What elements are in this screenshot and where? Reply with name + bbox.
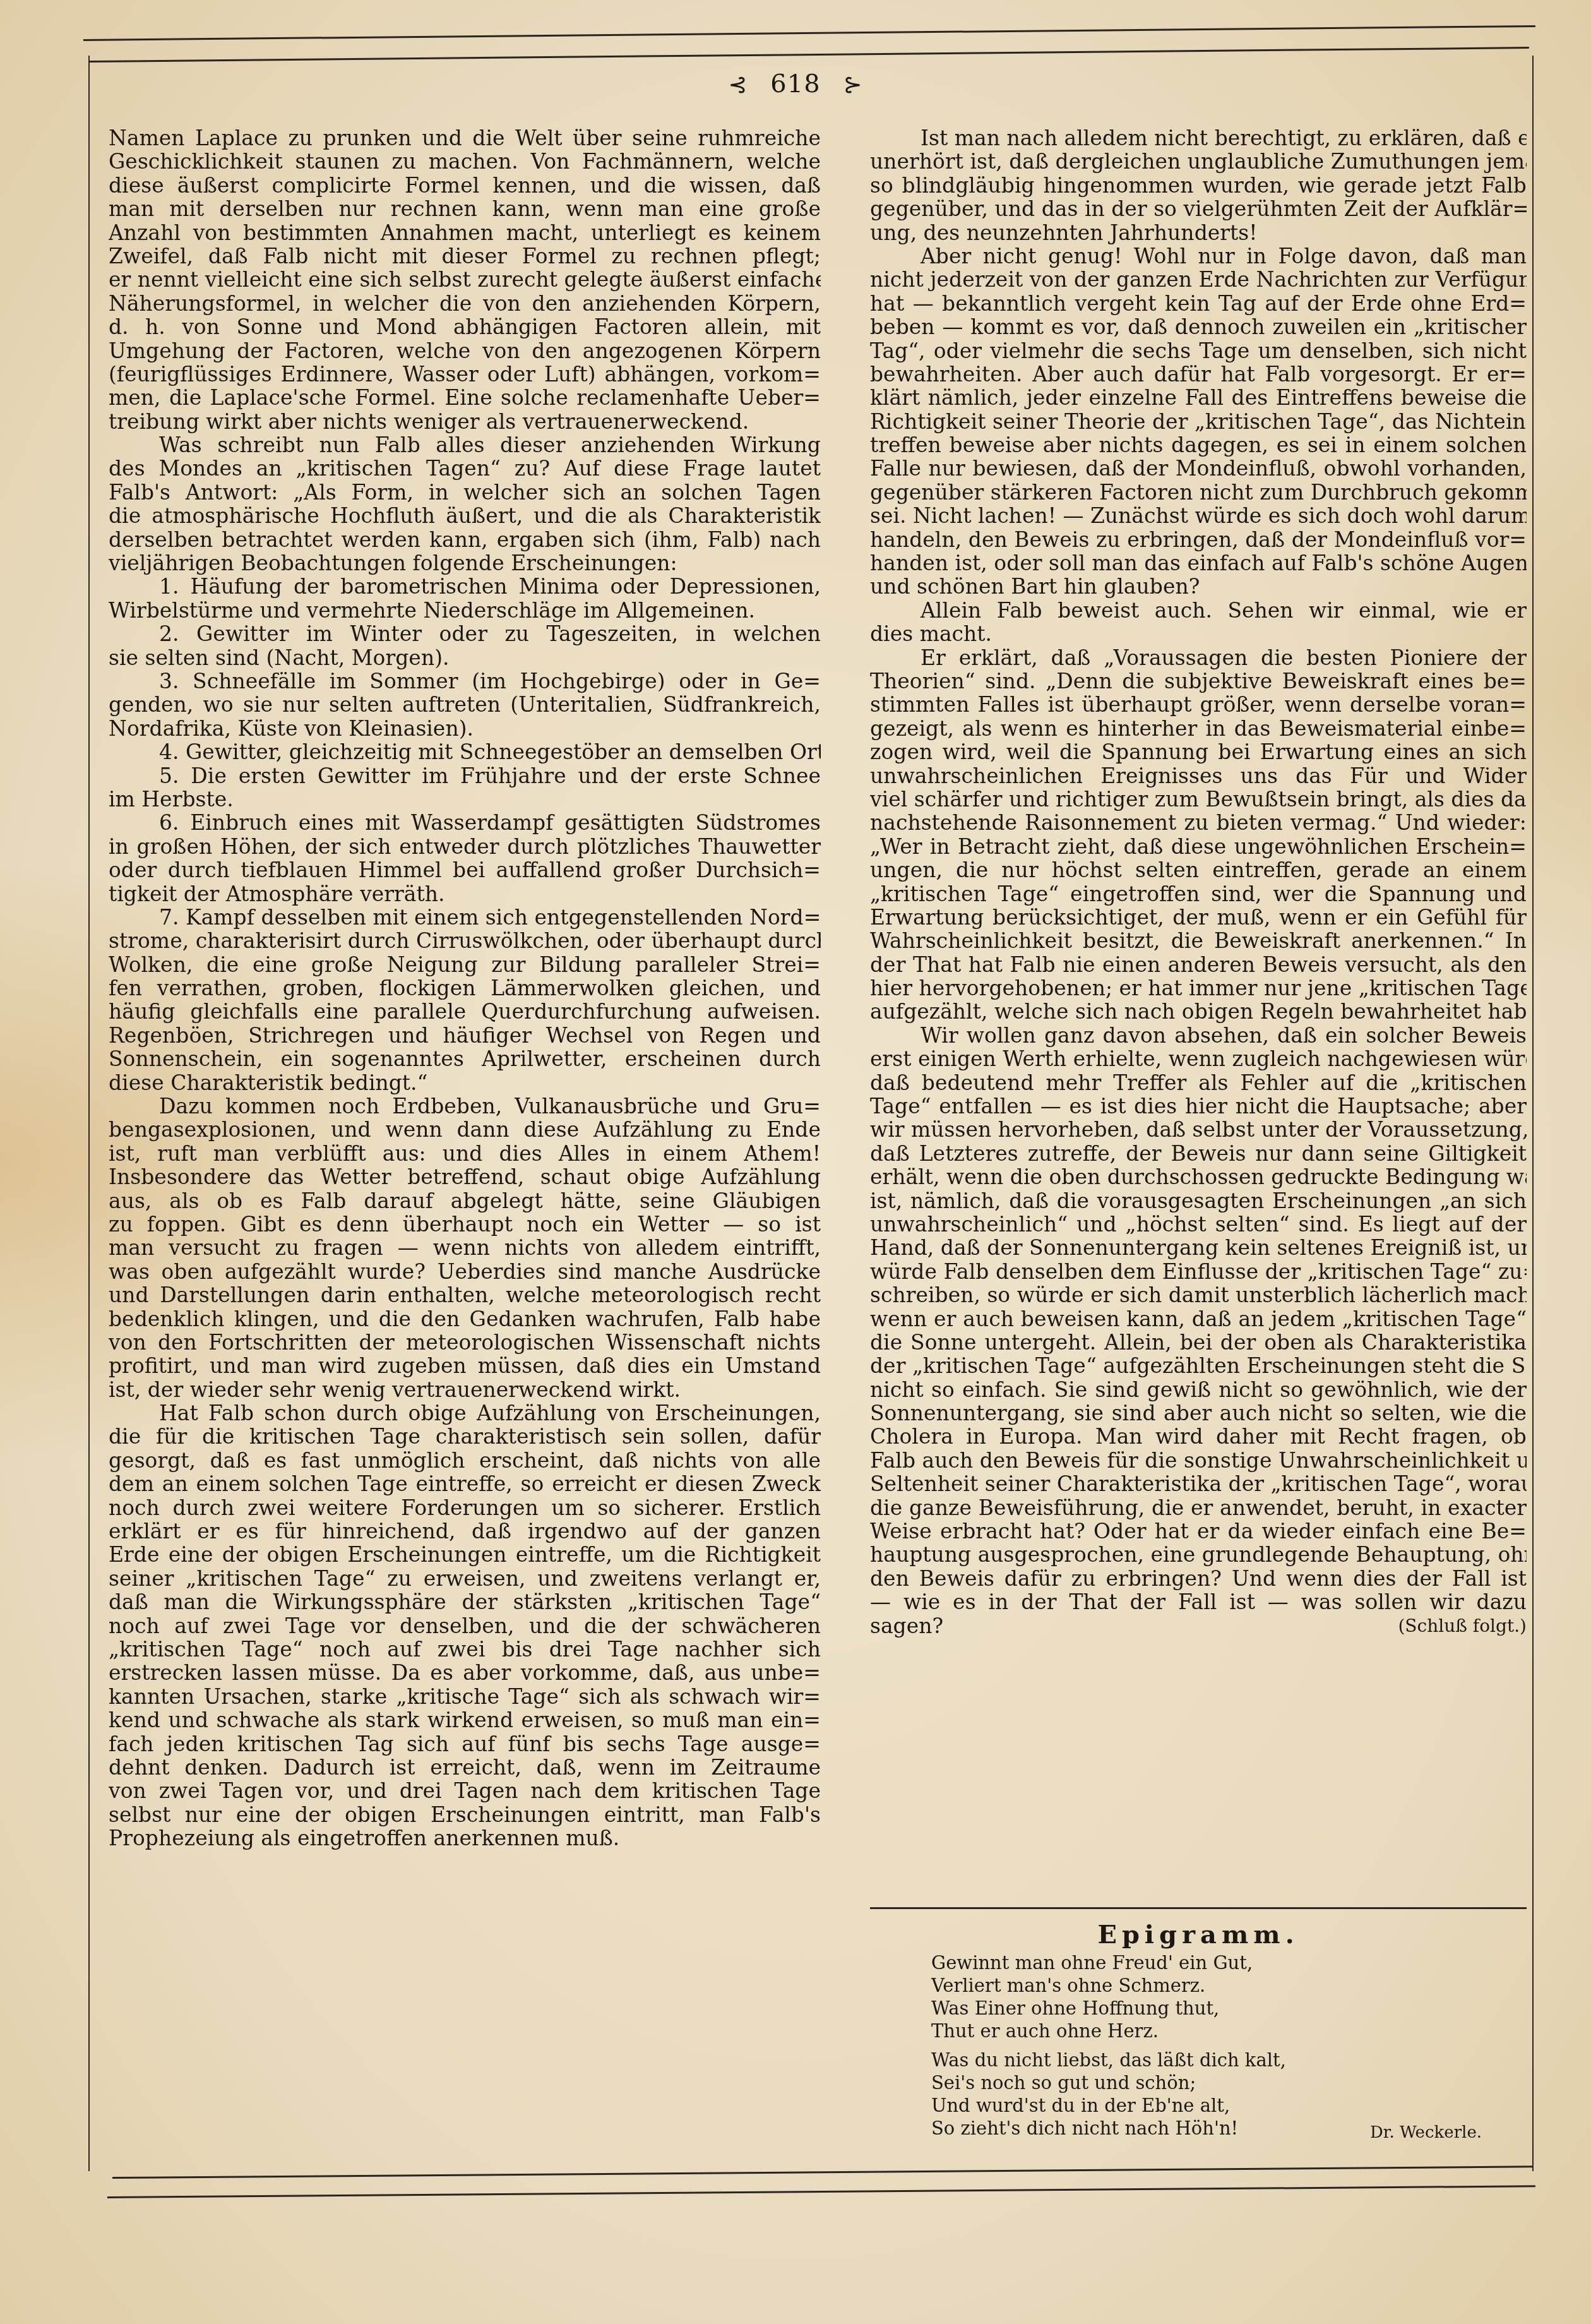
text-line: Wahrscheinlichkeit besitzt, die Beweiskr… [870,929,1527,952]
text-line: Erwartung berücksichtiget, der muß, wenn… [870,906,1527,929]
verse-line: Was Einer ohne Hoffnung thut, [931,1997,1286,2020]
text-line: erklärt er es für hinreichend, daß irgen… [109,1519,821,1543]
text-line: seiner „kritischen Tage“ zu erweisen, un… [109,1567,821,1590]
text-line: selbst nur eine der obigen Erscheinungen… [109,1803,821,1826]
text-line: gegenüber stärkeren Factoren nicht zum D… [870,481,1527,504]
ornament-right-icon: ⊱ [843,72,862,98]
text-line: nachstehende Raisonnement zu bieten verm… [870,811,1527,834]
text-line: dem an einem solchen Tage eintreffe, so … [109,1472,821,1495]
text-line: sei. Nicht lachen! — Zunächst würde es s… [870,504,1527,527]
text-line: bengasexplosionen, und wenn dann diese A… [109,1118,821,1141]
verse-line: Thut er auch ohne Herz. [931,2020,1286,2042]
text-line: kend und schwache als stark wirkend erwe… [109,1708,821,1732]
text-line: den Beweis dafür zu erbringen? Und wenn … [870,1567,1527,1590]
text-line: ung, des neunzehnten Jahrhunderts! [870,221,1527,244]
text-line: unwahrscheinlich“ und „höchst selten“ si… [870,1213,1527,1236]
text-line: Er erklärt, daß „Voraussagen die besten … [870,646,1527,669]
text-line: zogen wird, weil die Spannung bei Erwart… [870,740,1527,764]
verse-line: Und wurd'st du in der Eb'ne alt, [931,2094,1286,2117]
text-line: Tage“ entfallen — es ist dies hier nicht… [870,1094,1527,1118]
text-line: d. h. von Sonne und Mond abhängigen Fact… [109,315,821,338]
text-line: 6. Einbruch eines mit Wasserdampf gesätt… [109,811,821,834]
text-line: Ist man nach alledem nicht berechtigt, z… [870,126,1527,150]
text-line: die für die kritischen Tage charakterist… [109,1425,821,1448]
text-line: Zweifel, daß Falb nicht mit dieser Forme… [109,244,821,268]
text-line: nicht jederzeit von der ganzen Erde Nach… [870,268,1527,291]
text-line: Cholera in Europa. Man wird daher mit Re… [870,1425,1527,1448]
text-line: Theorien“ sind. „Denn die subjektive Bew… [870,669,1527,693]
text-line: treffen beweise aber nichts dagegen, es … [870,433,1527,457]
text-line: handen ist, oder soll man das einfach au… [870,551,1527,575]
text-line: Erde eine der obigen Erscheinungen eintr… [109,1543,821,1566]
text-line: noch auf zwei Tage vor denselben, und di… [109,1614,821,1638]
text-line: Wirbelstürme und vermehrte Niederschläge… [109,599,821,622]
text-line: unerhört ist, daß dergleichen unglaublic… [870,150,1527,173]
text-line: Was schreibt nun Falb alles dieser anzie… [109,433,821,457]
text-line: die Sonne untergeht. Allein, bei der obe… [870,1331,1527,1354]
text-line: des Mondes an „kritischen Tagen“ zu? Auf… [109,457,821,480]
text-line: daß Letzteres zutreffe, der Beweis nur d… [870,1142,1527,1165]
text-line: so blindgläubig hingenommen wurden, wie … [870,174,1527,197]
text-line: 7. Kampf desselben mit einem sich entgeg… [109,906,821,929]
text-line: in großen Höhen, der sich entweder durch… [109,835,821,858]
text-line: ist, nämlich, daß die vorausgesagten Ers… [870,1189,1527,1213]
text-line: zu foppen. Gibt es denn überhaupt noch e… [109,1213,821,1236]
text-line: ungen, die nur höchst selten eintreffen,… [870,858,1527,882]
text-line: bedenklich klingen, und die den Gedanken… [109,1307,821,1331]
verse-line: Sei's noch so gut und schön; [931,2071,1286,2094]
text-line: Regenböen, Strichregen und häufiger Wech… [109,1024,821,1047]
text-line: derselben betrachtet werden kann, ergabe… [109,528,821,551]
text-line: die atmosphärische Hochfluth äußert, und… [109,504,821,527]
text-line: „kritischen Tage“ noch auf zwei bis drei… [109,1638,821,1661]
text-line: Seltenheit seiner Charakteristika der „k… [870,1472,1527,1495]
text-line: profitirt, und man wird zugeben müssen, … [109,1354,821,1377]
epigram-title: Epigramm. [870,1920,1527,1950]
text-line: Tag“, oder vielmehr die sechs Tage um de… [870,339,1527,362]
text-line: men, die Laplace'sche Formel. Eine solch… [109,386,821,409]
text-line: Insbesondere das Wetter betreffend, scha… [109,1165,821,1189]
left-column-text: Namen Laplace zu prunken und die Welt üb… [109,126,821,1850]
text-line: dies macht. [870,622,1527,645]
text-line: und Darstellungen darin enthalten, welch… [109,1283,821,1307]
text-line: hier hervorgehobenen; er hat immer nur j… [870,976,1527,1000]
text-line: tigkeit der Atmosphäre verräth. [109,882,821,906]
text-line: würde Falb denselben dem Einflusse der „… [870,1260,1527,1283]
text-line: Umgehung der Factoren, welche von den an… [109,339,821,362]
text-line: was oben aufgezählt wurde? Ueberdies sin… [109,1260,821,1283]
text-line: noch durch zwei weitere Forderungen um s… [109,1496,821,1519]
text-line: Allein Falb beweist auch. Sehen wir einm… [870,599,1527,622]
text-line: fach jeden kritischen Tag sich auf fünf … [109,1732,821,1756]
text-line: und schönen Bart hin glauben? [870,575,1527,598]
text-line: oder durch tiefblauen Himmel bei auffall… [109,858,821,882]
verse-line: So zieht's dich nicht nach Höh'n! [931,2117,1286,2140]
text-line: „Wer in Betracht zieht, daß diese ungewö… [870,835,1527,858]
text-line: ist, ruft man verblüfft aus: und dies Al… [109,1142,821,1165]
text-line: daß man die Wirkungssphäre der stärksten… [109,1590,821,1614]
text-line: genden, wo sie nur selten auftreten (Unt… [109,693,821,716]
text-line: Geschicklichkeit staunen zu machen. Von … [109,150,821,173]
text-line: der „kritischen Tage“ aufgezählten Ersch… [870,1354,1527,1377]
text-line: sie selten sind (Nacht, Morgen). [109,646,821,669]
text-line: viel schärfer und richtiger zum Bewußtse… [870,788,1527,811]
text-line: diese Charakteristik bedingt.“ [109,1071,821,1094]
text-line: die ganze Beweisführung, die er anwendet… [870,1496,1527,1519]
verse-line: Verliert man's ohne Schmerz. [931,1974,1286,1997]
text-line: (feurigflüssiges Erdinnere, Wasser oder … [109,362,821,386]
text-line: diese äußerst complicirte Formel kennen,… [109,174,821,197]
text-line: Wir wollen ganz davon absehen, daß ein s… [870,1024,1527,1047]
text-line: häufig gleichfalls eine parallele Querdu… [109,1000,821,1023]
text-line: erst einigen Werth erhielte, wenn zuglei… [870,1047,1527,1070]
text-line: Hand, daß der Sonnenuntergang kein selte… [870,1236,1527,1259]
text-line: hat — bekanntlich vergeht kein Tag auf d… [870,292,1527,315]
text-line: 3. Schneefälle im Sommer (im Hochgebirge… [109,669,821,693]
text-line: gesorgt, daß es fast unmöglich erscheint… [109,1449,821,1472]
epigram-stanza: Was du nicht liebst, das läßt dich kalt,… [931,2049,1286,2140]
text-line: beben — kommt es vor, daß dennoch zuweil… [870,315,1527,338]
continuation-note: (Schluß folgt.) [870,1614,1527,1638]
text-line: er nennt vielleicht eine sich selbst zur… [109,268,821,291]
text-line: Anzahl von bestimmten Annahmen macht, un… [109,221,821,244]
text-line: Sonnenuntergang, sie sind aber auch nich… [870,1401,1527,1425]
text-line: 4. Gewitter, gleichzeitig mit Schneegest… [109,740,821,764]
text-line: dehnt denken. Dadurch ist erreicht, daß,… [109,1756,821,1779]
text-line: 2. Gewitter im Winter oder zu Tageszeite… [109,622,821,645]
text-line: Nordafrika, Küste von Kleinasien). [109,717,821,740]
verse-line: Gewinnt man ohne Freud' ein Gut, [931,1951,1286,1974]
text-line: Hat Falb schon durch obige Aufzählung vo… [109,1401,821,1425]
text-line: Prophezeiung als eingetroffen anerkennen… [109,1826,821,1850]
frame-top-rule-outer [83,25,1535,41]
text-line: kannten Ursachen, starke „kritische Tage… [109,1685,821,1708]
text-line: fen verrathen, groben, flockigen Lämmerw… [109,976,821,1000]
text-line: schreiben, so würde er sich damit unster… [870,1283,1527,1307]
text-line: 5. Die ersten Gewitter im Frühjahre und … [109,764,821,788]
text-line: aufgezählt, welche sich nach obigen Rege… [870,1000,1527,1023]
epigram-poem: Gewinnt man ohne Freud' ein Gut,Verliert… [931,1951,1286,2146]
epigram-stanza: Gewinnt man ohne Freud' ein Gut,Verliert… [931,1951,1286,2042]
text-line: „kritischen Tage“ eingetroffen sind, wer… [870,882,1527,906]
text-line: unwahrscheinlichen Ereignisses uns das F… [870,764,1527,788]
text-line: Falb auch den Beweis für die sonstige Un… [870,1449,1527,1472]
verse-line: Was du nicht liebst, das läßt dich kalt, [931,2049,1286,2071]
text-line: Weise erbracht hat? Oder hat er da wiede… [870,1519,1527,1543]
text-line: Sonnenschein, ein sogenanntes Aprilwette… [109,1047,821,1070]
epigram-author: Dr. Weckerle. [1370,2123,1482,2142]
text-line: der That hat Falb nie einen anderen Bewe… [870,953,1527,976]
text-line: Richtigkeit seiner Theorie der „kritisch… [870,410,1527,433]
text-line: erhält, wenn die oben durchschossen gedr… [870,1165,1527,1189]
text-line: gezeigt, als wenn es hinterher in das Be… [870,717,1527,740]
text-line: ist, der wieder sehr wenig vertrauenerwe… [109,1378,821,1401]
text-line: von zwei Tagen vor, und drei Tagen nach … [109,1779,821,1802]
epigram-divider-rule [870,1907,1527,1909]
text-line: gegenüber, und das in der so vielgerühmt… [870,197,1527,220]
text-line: von den Fortschritten der meteorologisch… [109,1331,821,1354]
text-line: aus, als ob es Falb darauf abgelegt hätt… [109,1189,821,1213]
text-line: hauptung ausgesprochen, eine grundlegend… [870,1543,1527,1566]
text-line: Falle nur bewiesen, daß der Mondeinfluß,… [870,457,1527,480]
text-line: Falb's Antwort: „Als Form, in welcher si… [109,481,821,504]
text-line: wir müssen hervorheben, daß selbst unter… [870,1118,1527,1141]
text-line: Wolken, die eine große Neigung zur Bildu… [109,953,821,976]
frame-bottom-rule-outer [107,2185,1535,2198]
text-line: man versucht zu fragen — wenn nichts von… [109,1236,821,1259]
text-line: daß bedeutend mehr Treffer als Fehler au… [870,1071,1527,1094]
text-line: Dazu kommen noch Erdbeben, Vulkanausbrüc… [109,1094,821,1118]
text-line: 1. Häufung der barometrischen Minima ode… [109,575,821,598]
text-line: treibung wirkt aber nichts weniger als v… [109,410,821,433]
right-column-text: Ist man nach alledem nicht berechtigt, z… [870,126,1527,1638]
text-line: Aber nicht genug! Wohl nur in Folge davo… [870,244,1527,268]
page-number-header: ⊰ 618 ⊱ [0,69,1591,99]
text-line: wenn er auch beweisen kann, daß an jedem… [870,1307,1527,1331]
text-line: im Herbste. [109,788,821,811]
text-line: stimmten Falles ist überhaupt größer, we… [870,693,1527,716]
text-line: man mit derselben nur rechnen kann, wenn… [109,197,821,220]
ornament-left-icon: ⊰ [728,72,748,98]
text-line: Namen Laplace zu prunken und die Welt üb… [109,126,821,150]
text-line: erstrecken lassen müsse. Da es aber vork… [109,1661,821,1684]
text-line: Näherungsformel, in welcher die von den … [109,292,821,315]
text-line: handeln, den Beweis zu erbringen, daß de… [870,528,1527,551]
text-line: klärt nämlich, jeder einzelne Fall des E… [870,386,1527,409]
text-line: vieljährigen Beobachtungen folgende Ersc… [109,551,821,575]
text-line: strome, charakterisirt durch Cirruswölkc… [109,929,821,952]
text-line: — wie es in der That der Fall ist — was … [870,1590,1527,1614]
page-number: 618 [770,69,820,99]
text-line: bewahrheiten. Aber auch dafür hat Falb v… [870,362,1527,386]
text-line: nicht so einfach. Sie sind gewiß nicht s… [870,1378,1527,1401]
